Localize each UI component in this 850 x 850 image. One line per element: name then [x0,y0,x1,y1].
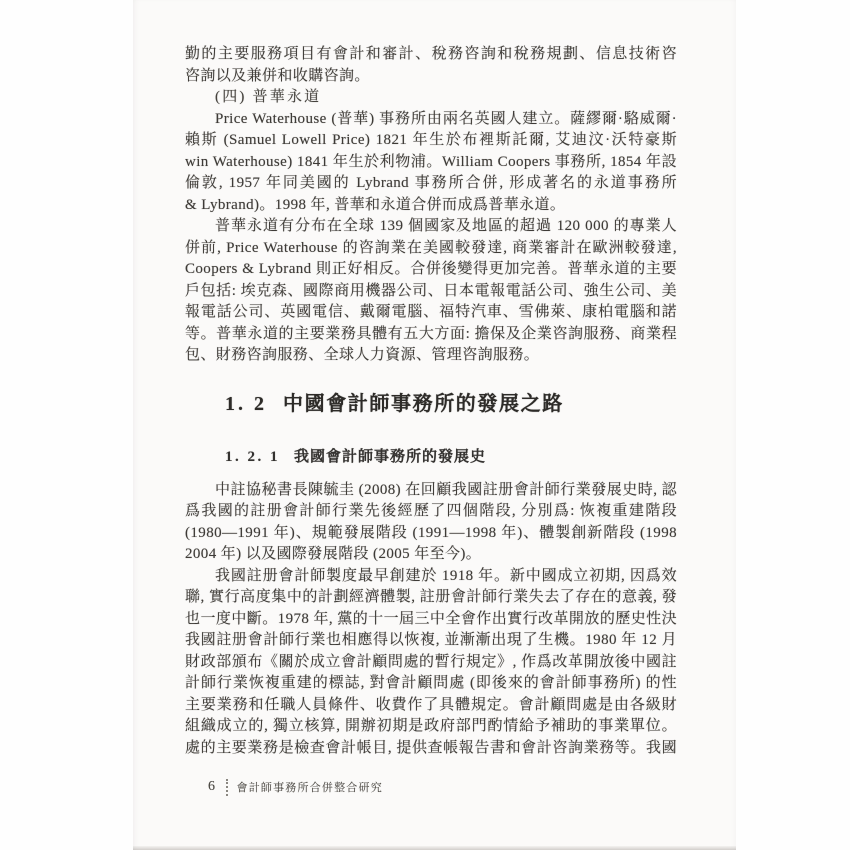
paragraph-block-middle: 中註協秘書長陳毓圭 (2008) 在回顧我國註册會計師行業發展史時, 認爲我國的… [185,480,677,566]
paragraph-block-top: 勤的主要服務項目有會計和審計、稅務咨詢和稅務規劃、信息技術咨詢、管理咨詢以及兼併… [185,44,677,367]
text-line: 聯, 實行高度集中的計劃經濟體製, 註册會計師行業失去了存在的意義, 發展 [185,587,677,609]
text-line: 併前, Price Waterhouse 的咨詢業在美國較發達, 商業審計在歐洲… [185,238,677,260]
paragraph-block-bottom: 我國註册會計師製度最早創建於 1918 年。新中國成立初期, 因爲效仿蘇聯, 實… [185,566,677,760]
text-line: (1980—1991 年)、規範發展階段 (1991—1998 年)、體製創新階… [185,523,677,545]
text-line: 處的主要業務是檢查會計帳目, 提供查帳報告書和會計咨詢業務等。我國註册 [185,738,677,760]
text-line: 爲我國的註册會計師行業先後經歷了四個階段, 分別爲: 恢複重建階段 [185,501,677,523]
text-line: & Lybrand)。1998 年, 普華和永道合併而成爲普華永道。 [185,195,677,217]
text-line: 報電話公司、英國電信、戴爾電腦、福特汽車、雪佛萊、康柏電腦和諾基亞 [185,302,677,324]
footer-separator [226,779,228,796]
page-bottom-shadow [133,846,736,850]
subsection-number: 1. 2. 1 [225,449,280,465]
text-line: 咨詢以及兼併和收購咨詢。 [185,66,677,88]
section-number: 1. 2 [225,393,267,415]
text-line: 等。普華永道的主要業務具體有五大方面: 擔保及企業咨詢服務、商業程序外 [185,324,677,346]
subsection-heading: 1. 2. 1我國會計師事務所的發展史 [225,447,677,467]
text-line: Price Waterhouse (普華) 事務所由兩名英國人建立。薩繆爾·駱威… [185,109,677,131]
page-footer: 6 會計師事務所合併整合研究 [208,777,383,797]
text-line: 普華永道有分布在全球 139 個國家及地區的超過 120 000 的專業人士。合 [185,216,677,238]
text-line: 倫敦, 1957 年同美國的 Lybrand 事務所合併, 形成著名的永道事務所… [185,173,677,195]
text-line: 也一度中斷。1978 年, 黨的十一屆三中全會作出實行改革開放的歷史性決策, [185,609,677,631]
text-line: 財政部頒布《關於成立會計顧問處的暫行規定》, 作爲改革開放後中國註册會 [185,652,677,674]
text-line: 我國註册會計師製度最早創建於 1918 年。新中國成立初期, 因爲效仿蘇 [185,566,677,588]
text-line: 包、財務咨詢服務、全球人力資源、管理咨詢服務。 [185,345,677,367]
text-line: Coopers & Lybrand 則正好相反。合併後變得更加完善。普華永道的主… [185,259,677,281]
text-line: 組織成立的, 獨立核算, 開辦初期是政府部門酌情給予補助的事業單位。顧問 [185,716,677,738]
text-line: 賴斯 (Samuel Lowell Price) 1821 年生於布裡斯託爾, … [185,130,677,152]
text-line: 勤的主要服務項目有會計和審計、稅務咨詢和稅務規劃、信息技術咨詢、管理 [185,44,677,66]
section-heading: 1. 2中國會計師事務所的發展之路 [225,391,677,417]
text-line: 戶包括: 埃克森、國際商用機器公司、日本電報電話公司、強生公司、美國電 [185,281,677,303]
text-line: 我國註册會計師行業也相應得以恢複, 並漸漸出現了生機。1980 年 12 月 2… [185,630,677,652]
subsection-title: 我國會計師事務所的發展史 [294,448,486,465]
text-line: 中註協秘書長陳毓圭 (2008) 在回顧我國註册會計師行業發展史時, 認 [185,480,677,502]
section-title: 中國會計師事務所的發展之路 [283,393,564,415]
text-line: 2004 年) 以及國際發展階段 (2005 年至今)。 [185,544,677,566]
book-title: 會計師事務所合併整合研究 [237,779,383,795]
text-line: 計師行業恢複重建的標誌, 對會計顧問處 (即後來的會計師事務所) 的性質、 [185,673,677,695]
text-column: 勤的主要服務項目有會計和審計、稅務咨詢和稅務規劃、信息技術咨詢、管理咨詢以及兼併… [185,44,677,759]
text-line: 主要業務和任職人員條件、收費作了具體規定。會計顧問處是由各級財政部門 [185,695,677,717]
text-line: (四) 普華永道 [185,87,677,109]
text-line: win Waterhouse) 1841 年生於利物浦。William Coop… [185,152,677,174]
page-number: 6 [208,779,216,795]
